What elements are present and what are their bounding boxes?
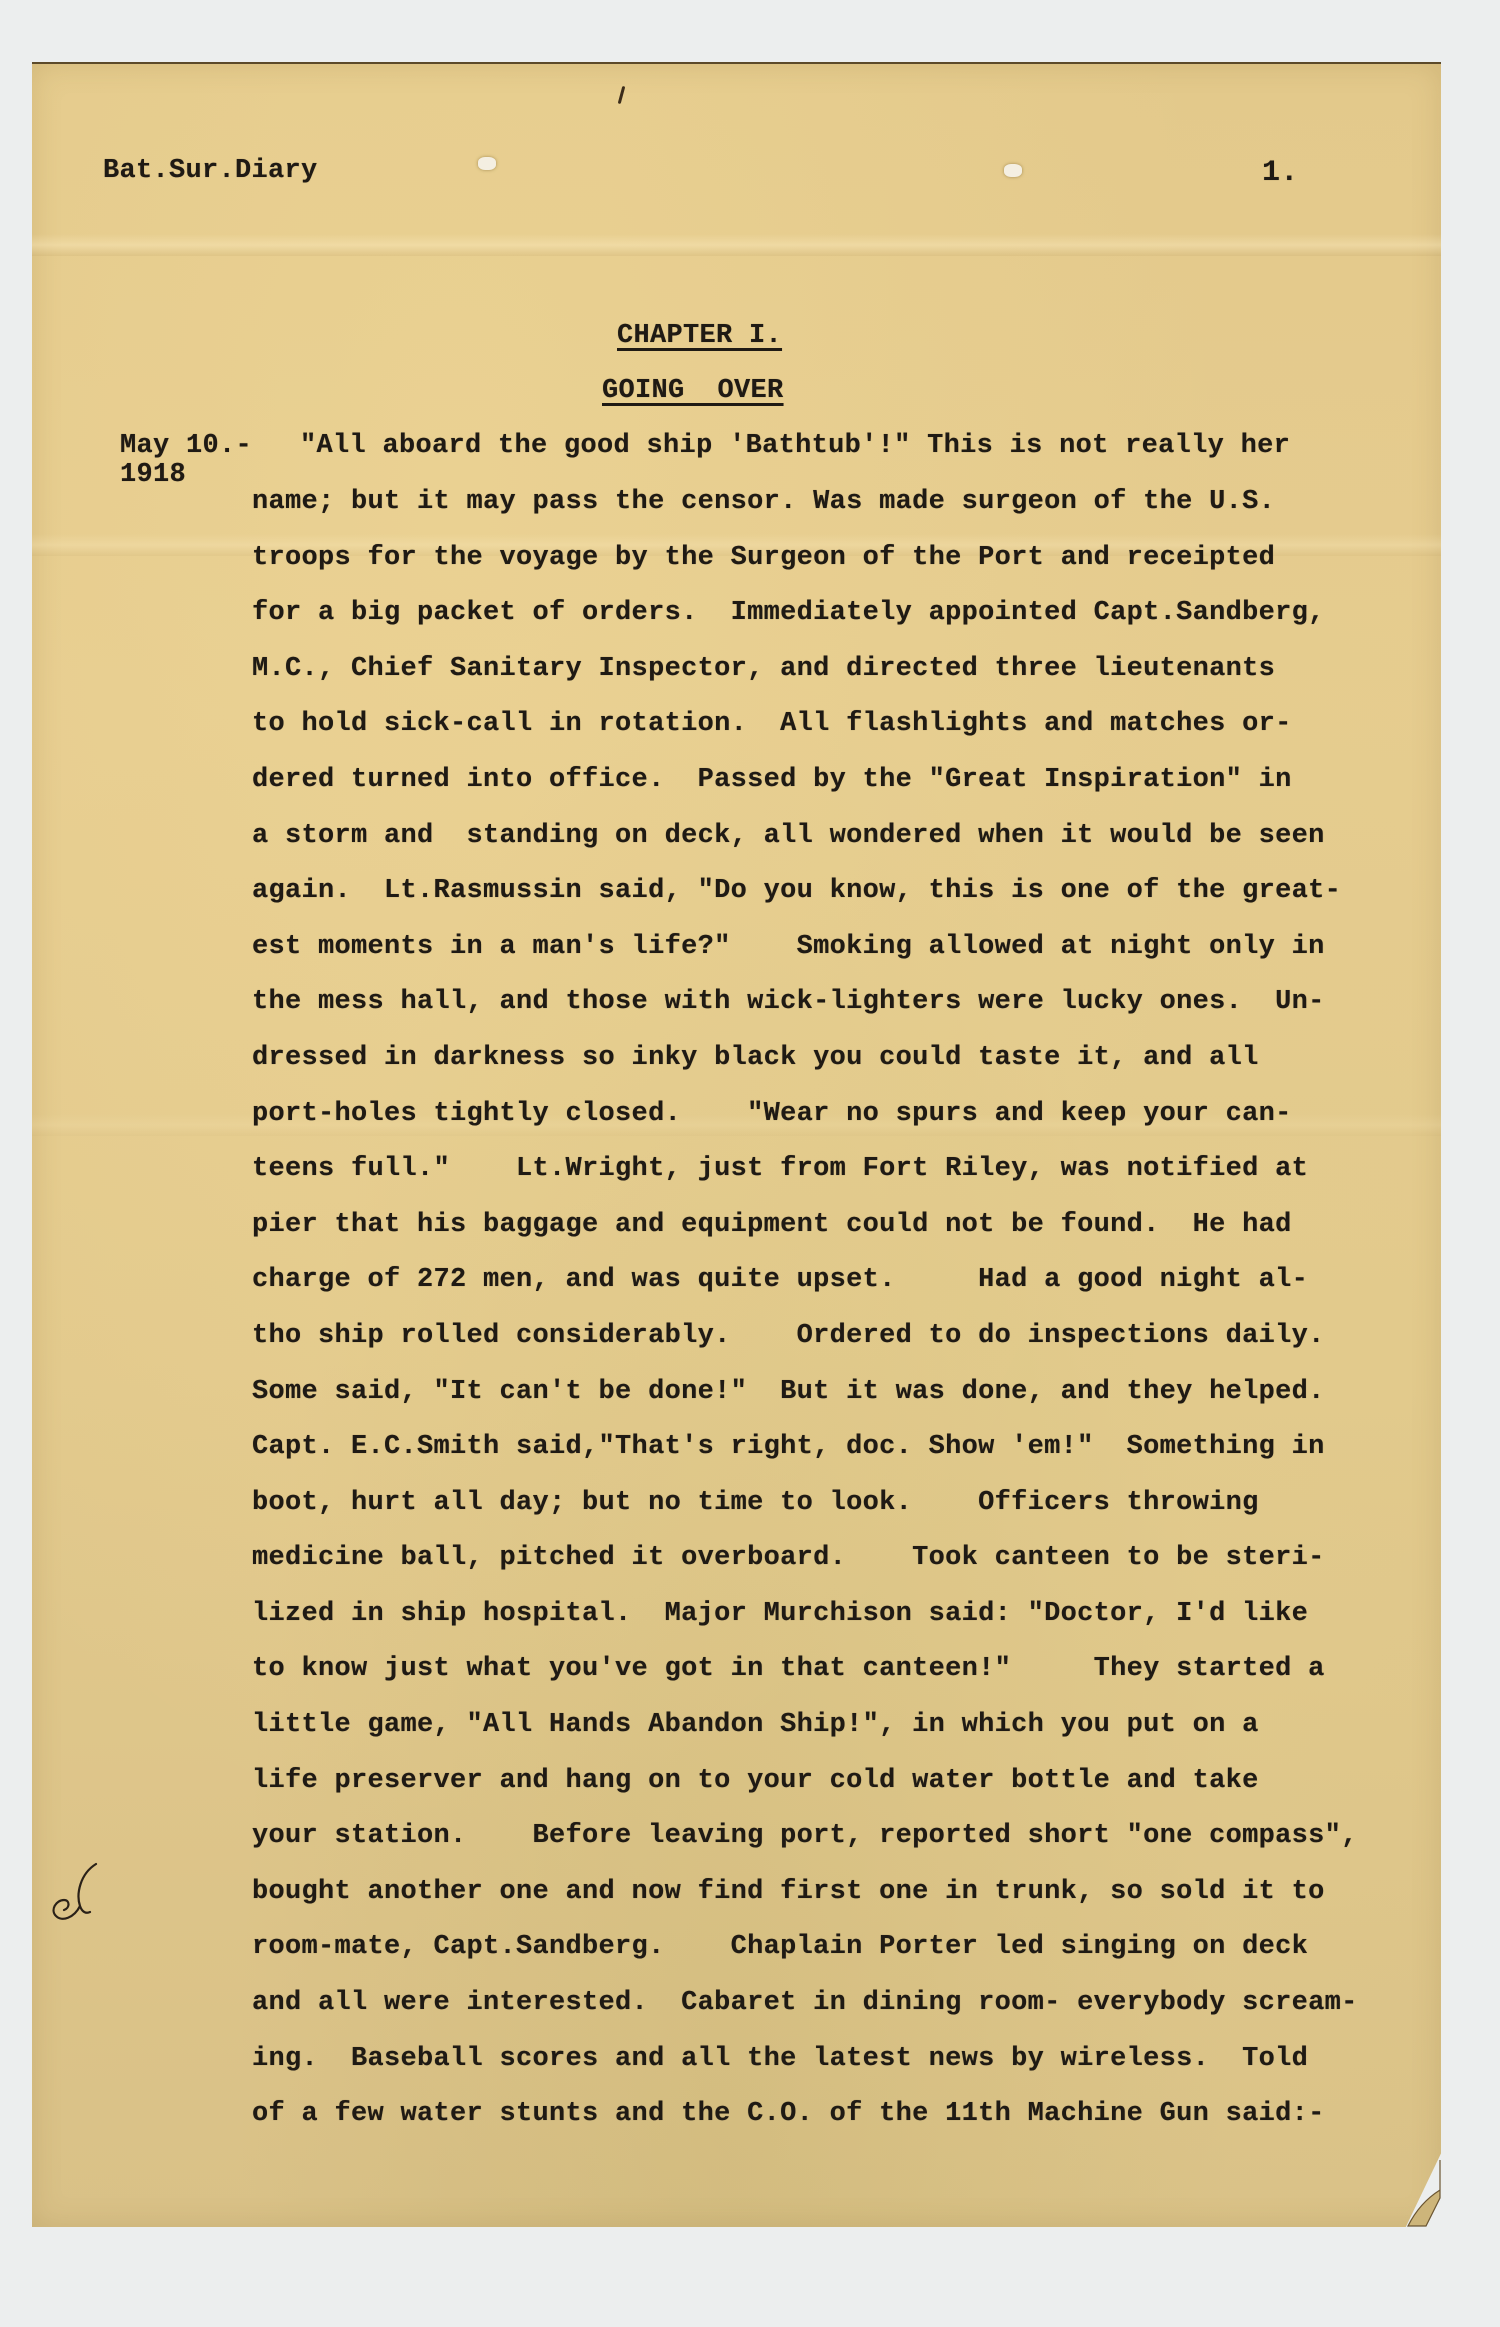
body-line: your station. Before leaving port, repor… (252, 1823, 1358, 1879)
body-line: little game, "All Hands Abandon Ship!", … (252, 1712, 1358, 1768)
body-line: and all were interested. Cabaret in dini… (252, 1990, 1358, 2046)
body-line: of a few water stunts and the C.O. of th… (252, 2101, 1358, 2157)
body-line: to know just what you've got in that can… (252, 1656, 1358, 1712)
folded-corner-icon (1404, 2150, 1444, 2230)
body-line: troops for the voyage by the Surgeon of … (252, 545, 1358, 601)
body-line: pier that his baggage and equipment coul… (252, 1212, 1358, 1268)
body-line: charge of 272 men, and was quite upset. … (252, 1267, 1358, 1323)
body-line: the mess hall, and those with wick-light… (252, 989, 1358, 1045)
section-heading: GOING OVER (602, 378, 784, 405)
body-line: to hold sick-call in rotation. All flash… (252, 711, 1358, 767)
page-number: 1. (1262, 158, 1299, 188)
body-line: teens full." Lt.Wright, just from Fort R… (252, 1156, 1358, 1212)
body-line: lized in ship hospital. Major Murchison … (252, 1601, 1358, 1657)
body-line: dered turned into office. Passed by the … (252, 767, 1358, 823)
body-line-first: "All aboard the good ship 'Bathtub'!" Th… (300, 433, 1290, 460)
body-line: name; but it may pass the censor. Was ma… (252, 489, 1358, 545)
body-line: boot, hurt all day; but no time to look.… (252, 1490, 1358, 1546)
paper-crease (32, 234, 1441, 256)
body-line: tho ship rolled considerably. Ordered to… (252, 1323, 1358, 1379)
body-line: ing. Baseball scores and all the latest … (252, 2046, 1358, 2102)
diary-body: name; but it may pass the censor. Was ma… (252, 489, 1358, 2157)
pin-hole (478, 157, 496, 170)
body-line: again. Lt.Rasmussin said, "Do you know, … (252, 878, 1358, 934)
entry-year: 1918 (120, 462, 186, 489)
handwritten-margin-mark-icon (50, 1860, 102, 1926)
body-line: M.C., Chief Sanitary Inspector, and dire… (252, 656, 1358, 712)
body-line: est moments in a man's life?" Smoking al… (252, 934, 1358, 990)
body-line: room-mate, Capt.Sandberg. Chaplain Porte… (252, 1934, 1358, 1990)
body-line: dressed in darkness so inky black you co… (252, 1045, 1358, 1101)
entry-date: May 10.- (120, 433, 252, 460)
body-line: life preserver and hang on to your cold … (252, 1768, 1358, 1824)
body-line: Capt. E.C.Smith said,"That's right, doc.… (252, 1434, 1358, 1490)
body-line: Some said, "It can't be done!" But it wa… (252, 1379, 1358, 1435)
body-line: port-holes tightly closed. "Wear no spur… (252, 1101, 1358, 1157)
body-line: medicine ball, pitched it overboard. Too… (252, 1545, 1358, 1601)
running-header: Bat.Sur.Diary (103, 158, 318, 185)
body-line: for a big packet of orders. Immediately … (252, 600, 1358, 656)
pin-hole (1004, 164, 1022, 177)
body-line: a storm and standing on deck, all wonder… (252, 823, 1358, 879)
ink-mark (618, 86, 626, 104)
chapter-heading: CHAPTER I. (617, 323, 782, 350)
body-line: bought another one and now find first on… (252, 1879, 1358, 1935)
